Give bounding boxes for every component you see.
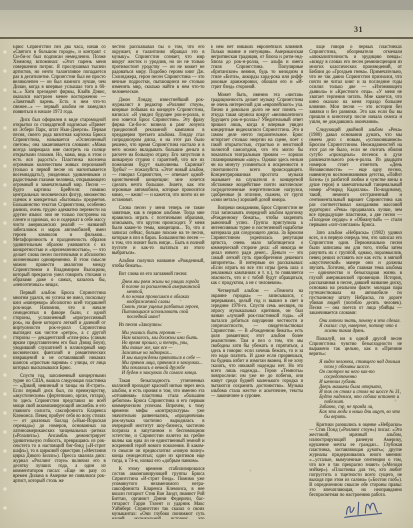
paragraph: Альбом получил название «Рожденный, чтоб… [112,259,205,269]
column-1: Брюс Спрингстин пел два часа, начав со «… [13,45,106,519]
column-4: Еще говоря о первых пластинках Спрингсти… [309,45,402,519]
paper-speckles [0,0,1,1]
paragraph: честно рассказывал бы о том, что его окр… [112,45,205,95]
verse-line: И будем в закоулках до самого конца. [122,371,205,376]
text-columns: Брюс Спрингстин пел два часа, начав со «… [13,45,402,519]
paragraph: Еще говоря о первых пластинках Спрингсти… [309,45,402,125]
paragraph: Первый альбом Брюса Спрингстина многим у… [13,291,106,371]
paragraph: Четвертый альбом — «Темнота на окраине г… [211,289,304,399]
paragraph: Такая безысходность утонченных коллизий … [112,379,205,464]
paragraph: Брюс Спрингстин пел два часа, начав со «… [13,45,106,115]
column-3: в нем нет никаких европейских влияний. Т… [211,45,304,519]
verse-line: Я видел человека, стоящего над дохлым пс… [319,360,402,370]
verse-block: Мы учились быть героями —Нам казалось, м… [122,331,205,376]
scan-edge-band [0,0,413,10]
page-top-margin [0,10,413,37]
verse-line: Пытающихся использовать свой последний ш… [122,310,205,320]
paragraph: Зато альбом «Небраска» (1982) удивил все… [309,231,402,316]
left-margin-dots [1,46,9,520]
scanned-book-page: 31 Брюс Спрингстин пел два часа, начав с… [0,0,413,528]
paragraph: Может быть, именно эта «чистая» традицио… [211,93,304,203]
paragraph: Вот слова из его заглавной песни: [112,272,205,277]
verse-block: Они хотели знать, почему я это сделал.Я … [319,319,402,334]
verse-block: Днем мы рвем жилы на улицах городаВ пого… [122,280,205,320]
paragraph: Диск был оформлен в виде старомодной отк… [13,118,106,288]
page-number: 31 [354,25,363,34]
verse-line: Я сказал: сэр, наверное, потому что в жи… [319,324,402,334]
verse-block: Я видел человека, стоящего над дохлым пс… [319,360,402,420]
paragraph: Следующий двойной альбом «Река» (1980) д… [309,128,402,228]
verse-line: Будто надеялся, что собака встанет и поб… [319,395,402,405]
paragraph: Спустя год, заполненный концертными турн… [13,374,106,484]
header-rule [0,37,413,39]
paragraph: Слова песен у меня теперь не такие занят… [112,206,205,256]
verse-line: Как эти люди в наши дни ищут, во что бы … [319,410,402,420]
paragraph: Из песни «Закоулки»: [112,323,205,328]
verse-line: В погоне за раскаленной американской меч… [122,285,205,295]
verse-line: Он смотрел на него как-то сосредоточенно [319,370,402,380]
paragraph: К этому времени стабилизировался состав … [112,467,205,519]
column-2: честно рассказывал бы о том, что его окр… [112,45,205,519]
paragraph: Джон Лэндау, известнейший рок-журналист … [112,98,205,203]
paragraph: Вопреки ожиданиям, Брюс Спрингстин не ст… [211,206,304,286]
paragraph: Пожалуй, ни в одной другой песне Спрингс… [309,337,402,357]
paragraph: Критики разошлись в оценке «Небраски» — … [309,423,402,498]
paragraph: в нем нет никаких европейских влияний. Т… [211,45,304,90]
verse-line: А по ночам проносимся в облаках вообража… [122,295,205,305]
handwritten-mark-icon [340,492,388,521]
